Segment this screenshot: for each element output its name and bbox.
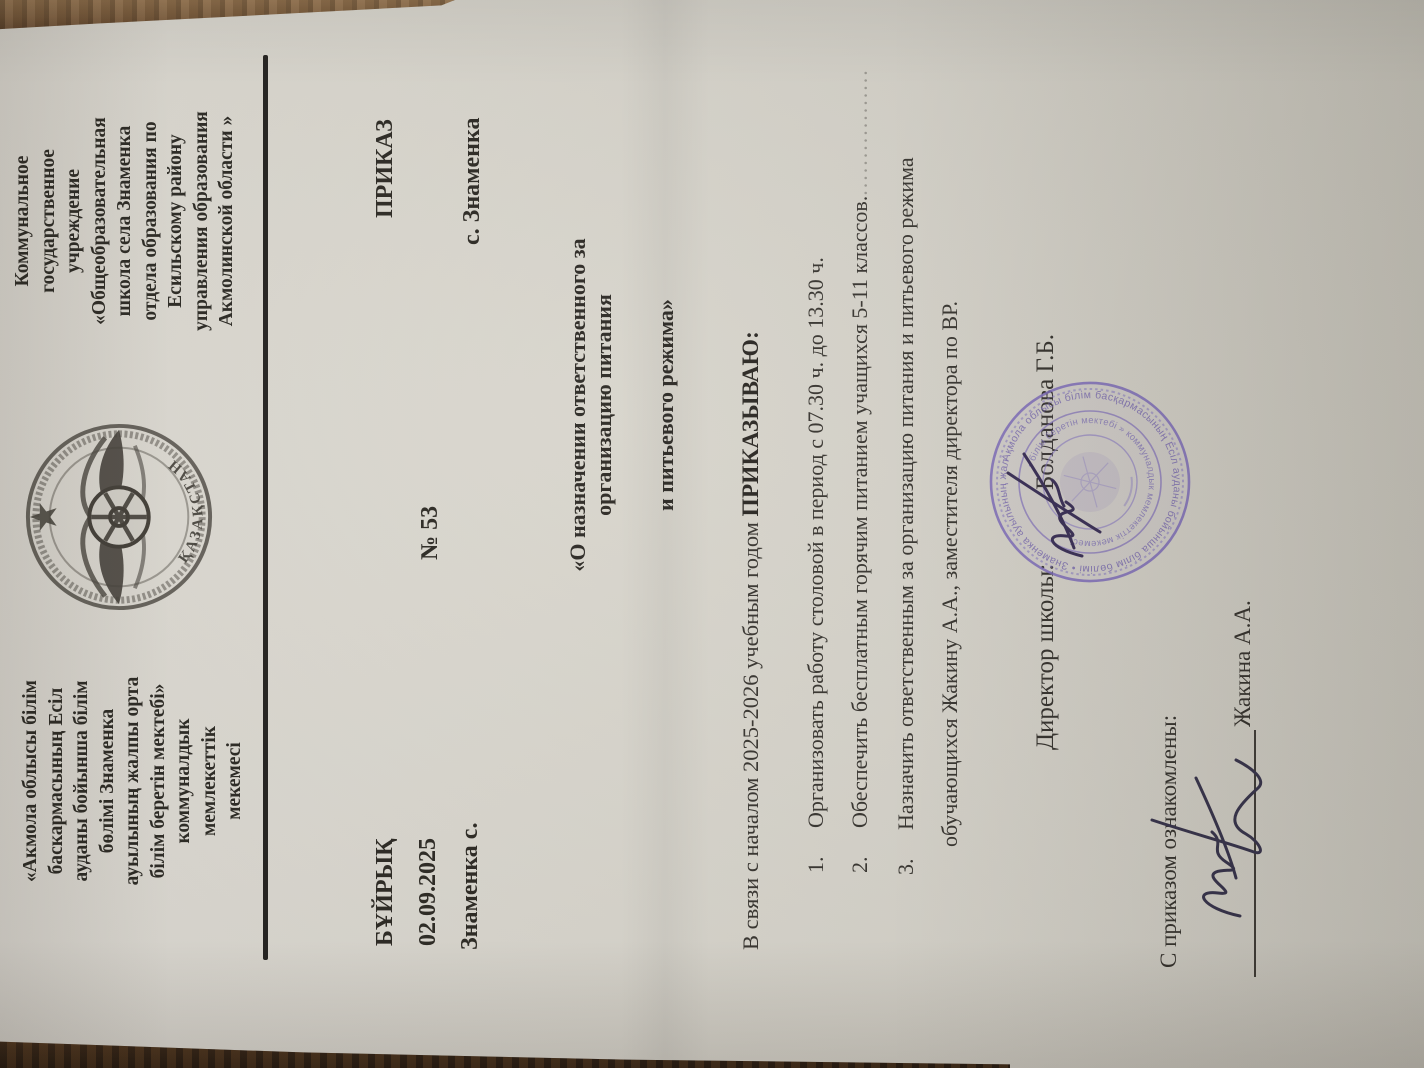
letterhead-ru-line: отдела образования по (138, 66, 164, 376)
item-number: 2. (847, 828, 873, 873)
photo-of-order-document: { "document": { "header": { "kk": { "lin… (0, 0, 1424, 1068)
order-place-ru: с. Знаменка (459, 118, 486, 245)
intro-keyword: ПРИКАЗЫВАЮ: (738, 331, 764, 516)
order-document-page: «Акмола облысы білім баскармасының Есіл … (0, 0, 1424, 1068)
letterhead-ru-line: Есильскому району (163, 66, 189, 376)
item-text: обучающихся Жакину А.А., заместителя дир… (937, 301, 963, 847)
letterhead-russian: Коммунальное государственное учреждение … (10, 66, 240, 376)
letterhead-kk-line: коммуналдык (171, 626, 197, 936)
item-text: Обеспечить бесплатным горячим питанием у… (847, 196, 873, 828)
order-date: 02.09.2025 (415, 838, 442, 946)
order-title: «О назначении ответственного за организа… (565, 170, 679, 640)
letterhead-ru-line: управления образования (189, 66, 215, 376)
letterhead-kk-line: мекемесі (222, 626, 248, 936)
letterhead-kk-line: мемлекеттік (197, 626, 223, 936)
letterhead-kk-line: ауданы бойынша білім (69, 626, 95, 936)
order-item: 1. Организовать работу столовой в период… (803, 257, 829, 873)
letterhead-divider (263, 55, 268, 960)
rotated-paper-sheet: «Акмола облысы білім баскармасының Есіл … (0, 0, 1424, 1068)
order-label-ru: ПРИКАЗ (372, 119, 399, 218)
order-item-continuation: обучающихся Жакину А.А., заместителя дир… (937, 301, 963, 847)
order-title-line1: «О назначении ответственного за организа… (565, 170, 617, 640)
director-label: Директор школы: (1032, 564, 1060, 750)
letterhead-ru-line: «Общеобразовательная (87, 66, 113, 376)
letterhead-ru-line: школа села Знаменка (112, 66, 138, 376)
svg-text:ҚАЗАҚСТАН: ҚАЗАҚСТАН (164, 455, 207, 566)
letterhead-kk-line: ауылының жалпы орта (120, 626, 146, 936)
emblem-caption: ҚАЗАҚСТАН (164, 455, 207, 566)
order-label-kk: БҰЙРЫҚ (372, 839, 399, 947)
item-text: Назначить ответственным за организацию п… (893, 157, 919, 830)
letterhead-kk-line: білім беретін мектебі» (146, 626, 172, 936)
letterhead-ru-line: Коммунальное (10, 66, 36, 376)
item-text: Организовать работу столовой в период с … (803, 257, 829, 828)
letterhead-kk-line: баскармасының Есіл (44, 626, 70, 936)
intro-lead: В связи с началом 2025-2026 учебным годо… (738, 516, 763, 950)
director-handwritten-signature (1000, 426, 1115, 576)
letterhead-kazakh: «Акмола облысы білім баскармасының Есіл … (18, 626, 248, 936)
photo-frame: «Акмола облысы білім баскармасының Есіл … (0, 0, 1424, 1068)
letterhead-ru-line: учреждение (61, 66, 87, 376)
dot-leaders: ................. (847, 68, 873, 196)
letterhead-kk-line: бөлімі Знаменка (95, 626, 121, 936)
item-number: 1. (803, 828, 829, 873)
letterhead-ru-line: Акмолинской области » (214, 66, 240, 376)
item-number: 3. (893, 830, 919, 875)
order-title-line2: и питьевого режима» (653, 170, 679, 640)
order-place-kk: Знаменка с. (457, 823, 484, 950)
acknowledgment-handwritten-signature (1140, 708, 1275, 938)
order-item: 3. Назначить ответственным за организаци… (893, 157, 919, 875)
letterhead-ru-line: государственное (36, 66, 62, 376)
order-number: № 53 (417, 506, 444, 560)
letterhead-kk-line: «Акмола облысы білім (18, 626, 44, 936)
order-item: 2. Обеспечить бесплатным горячим питание… (847, 68, 873, 873)
kazakhstan-state-emblem-icon: ҚАЗАҚСТАН (20, 418, 218, 616)
intro-paragraph: В связи с началом 2025-2026 учебным годо… (738, 331, 765, 950)
